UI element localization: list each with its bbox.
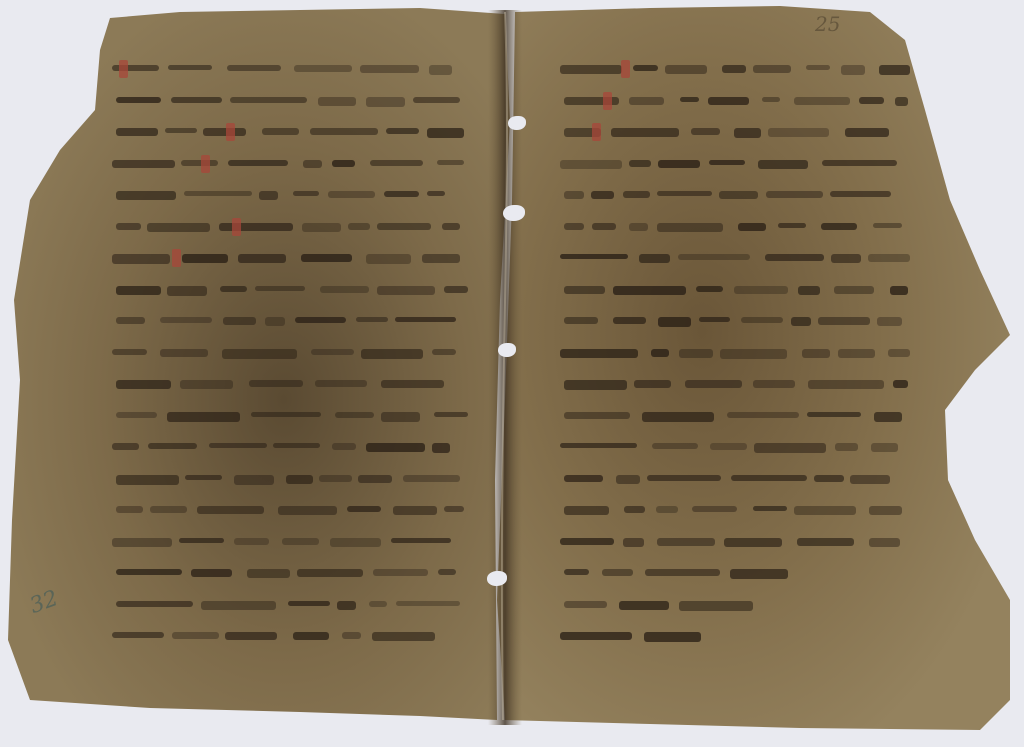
script-line: [116, 472, 460, 486]
rubricated-initial: [603, 92, 612, 110]
manuscript-photo: 25 32: [0, 0, 1024, 747]
script-line: [116, 409, 468, 423]
script-line: [560, 157, 910, 171]
rubricated-initial: [232, 218, 241, 236]
folio-number: 25: [815, 12, 840, 36]
rubricated-initial: [201, 155, 210, 173]
right-page-text: [560, 62, 920, 662]
script-line: [564, 220, 902, 234]
script-line: [116, 188, 456, 202]
script-line: [564, 314, 902, 328]
rubricated-initial: [119, 60, 128, 78]
script-line: [112, 157, 464, 171]
script-line: [112, 629, 460, 643]
script-line: [116, 377, 464, 391]
script-line: [112, 535, 464, 549]
script-line: [116, 283, 468, 297]
script-line: [116, 94, 460, 108]
sewing-hole: [498, 343, 516, 357]
script-line: [564, 409, 902, 423]
script-line: [560, 629, 720, 643]
script-line: [564, 566, 804, 580]
script-line: [560, 251, 910, 265]
script-line: [560, 62, 910, 76]
script-line: [564, 94, 908, 108]
script-line: [112, 440, 452, 454]
script-line: [112, 346, 456, 360]
script-line: [112, 251, 460, 265]
script-line: [564, 598, 764, 612]
script-line: [564, 283, 908, 297]
script-line: [112, 62, 452, 76]
sewing-hole: [487, 571, 507, 586]
rubricated-initial: [226, 123, 235, 141]
rubricated-initial: [172, 249, 181, 267]
script-line: [564, 377, 908, 391]
sewing-hole: [503, 205, 525, 221]
script-line: [116, 314, 456, 328]
script-line: [560, 535, 910, 549]
left-page-text: [112, 62, 472, 622]
rubricated-initial: [592, 123, 601, 141]
sewing-hole: [508, 116, 526, 130]
script-line: [116, 566, 456, 580]
script-line: [116, 598, 460, 612]
script-line: [564, 472, 908, 486]
script-line: [116, 503, 464, 517]
script-line: [564, 503, 902, 517]
script-line: [560, 440, 910, 454]
script-line: [116, 125, 464, 139]
rubricated-initial: [621, 60, 630, 78]
script-line: [564, 125, 902, 139]
script-line: [564, 188, 908, 202]
script-line: [116, 220, 460, 234]
script-line: [560, 346, 910, 360]
